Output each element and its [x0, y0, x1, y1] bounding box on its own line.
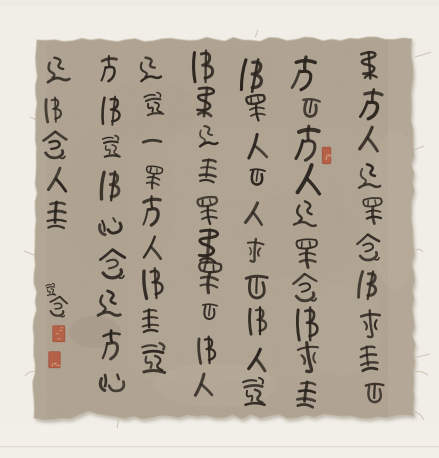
artist-seal-upper — [53, 326, 66, 343]
artist-seal-lower — [49, 352, 61, 369]
collector-seal — [322, 147, 331, 164]
calligraphy-artwork — [0, 0, 439, 458]
artwork-photo — [0, 0, 439, 458]
paper-texture — [30, 30, 422, 425]
